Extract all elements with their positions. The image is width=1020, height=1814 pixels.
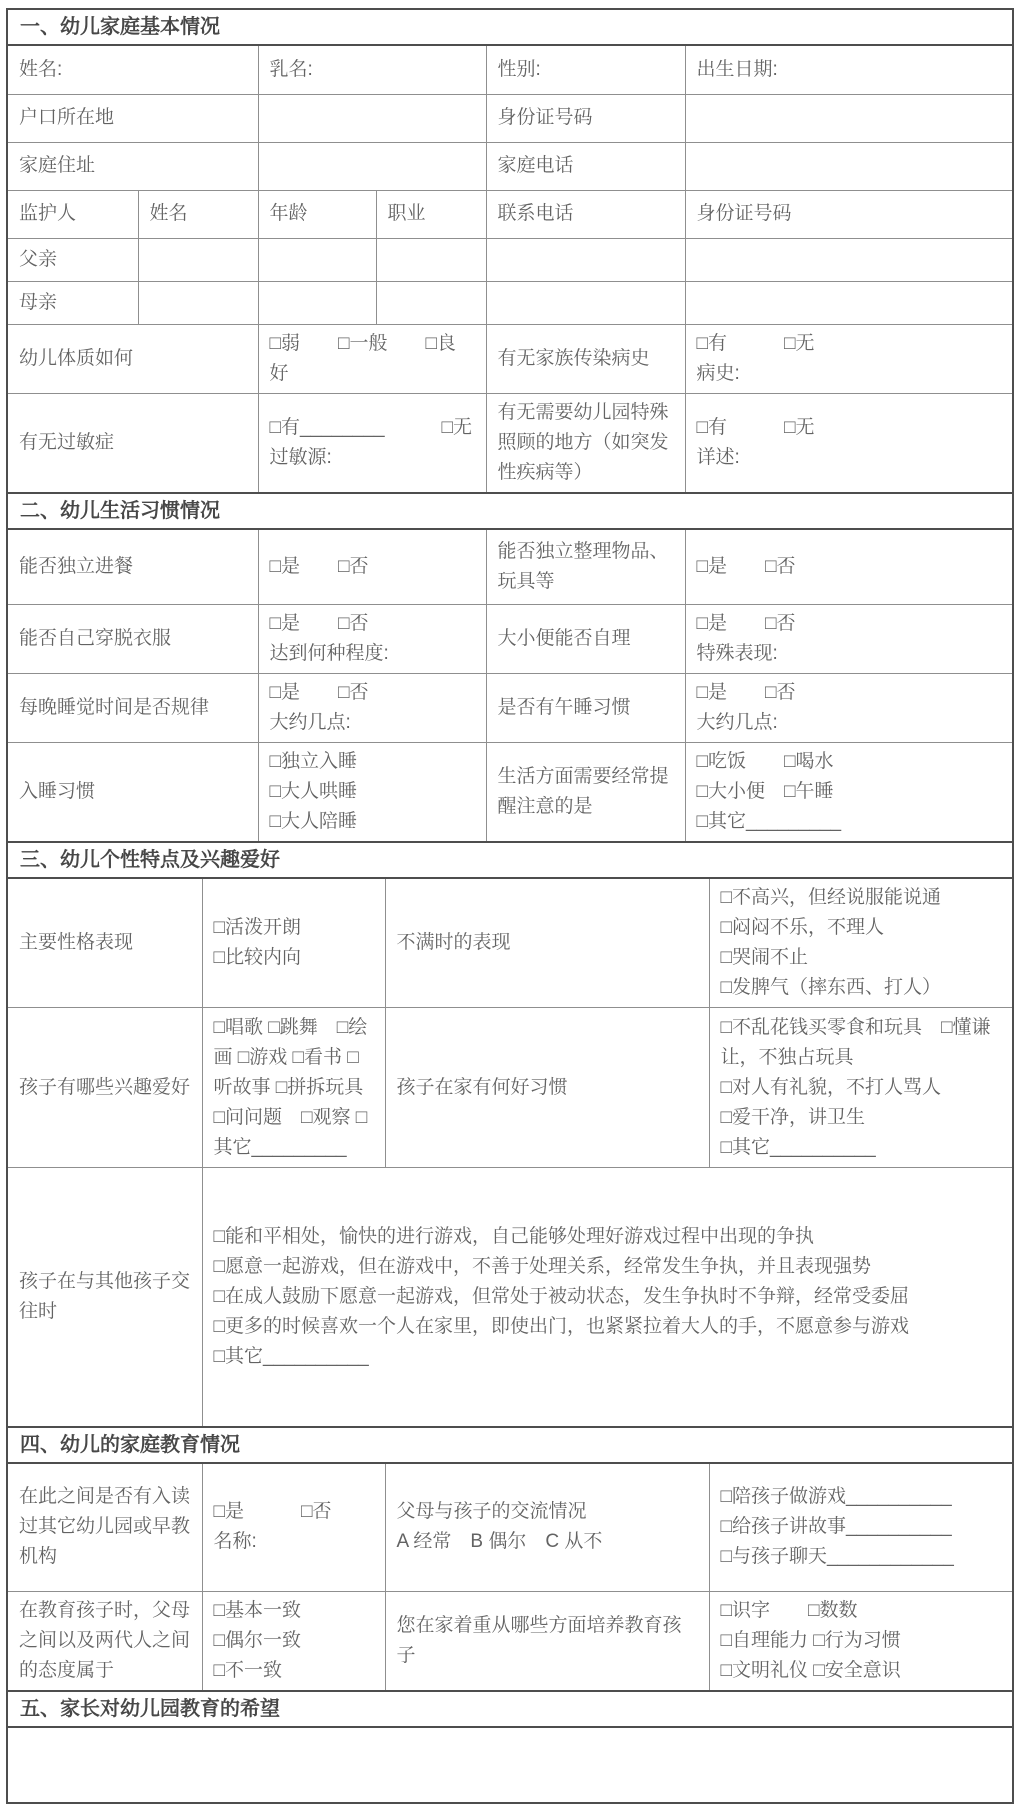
table-row: 户口所在地 身份证号码 [8,94,1012,142]
label-child-name: 姓名: [8,46,258,94]
label-nap-habit: 是否有午睡习惯 [486,674,685,743]
row-label-father: 父亲 [8,238,138,281]
col-header-id-number: 身份证号码 [685,190,1012,238]
label-child-id-number: 身份证号码 [486,94,685,142]
fill-father-id[interactable] [685,238,1012,281]
section-4-header: 四、幼儿的家庭教育情况 [8,1426,1012,1464]
table-row: 有无过敏症 □有________ □无 过敏源: 有无需要幼儿园特殊照顾的地方（… [8,393,1012,492]
options-regular-bedtime[interactable]: □是 □否 大约几点: [258,674,486,743]
fill-mother-name[interactable] [138,281,258,324]
label-child-nickname: 乳名: [258,46,486,94]
options-social-interaction[interactable]: □能和平相处，愉快的进行游戏，自己能够处理好游戏过程中出现的争执 □愿意一起游戏… [202,1168,1012,1426]
label-interests: 孩子有哪些兴趣爱好 [8,1008,202,1168]
label-gender: 性别: [486,46,685,94]
label-toilet-self: 大小便能否自理 [486,605,685,674]
table-row: 在此之间是否有入读过其它幼儿园或早教机构 □是 □否 名称: 父母与孩子的交流情… [8,1464,1012,1592]
options-personality[interactable]: □活泼开朗 □比较内向 [202,879,385,1008]
fill-father-name[interactable] [138,238,258,281]
label-special-care-needs: 有无需要幼儿园特殊照顾的地方（如突发性疾病等） [486,393,685,492]
fill-home-address[interactable] [258,142,486,190]
options-family-infectious-history[interactable]: □有 □无 病史: [685,324,1012,393]
label-home-phone: 家庭电话 [486,142,685,190]
options-previous-kindergarten[interactable]: □是 □否 名称: [202,1464,385,1592]
options-special-care-needs[interactable]: □有 □无 详述: [685,393,1012,492]
label-dress-self: 能否自己穿脱衣服 [8,605,258,674]
col-header-occupation: 职业 [376,190,486,238]
table-row: 每晚睡觉时间是否规律 □是 □否 大约几点: 是否有午睡习惯 □是 □否 大约几… [8,674,1012,743]
label-family-infectious-history: 有无家族传染病史 [486,324,685,393]
table-row: 家庭住址 家庭电话 [8,142,1012,190]
label-household-registration: 户口所在地 [8,94,258,142]
table-row: 能否自己穿脱衣服 □是 □否 达到何种程度: 大小便能否自理 □是 □否 特殊表… [8,605,1012,674]
table-row: 能否独立进餐 □是 □否 能否独立整理物品、玩具等 □是 □否 [8,530,1012,605]
section-5-header: 五、家长对幼儿园教育的希望 [8,1690,1012,1728]
fill-home-phone[interactable] [685,142,1012,190]
fill-mother-occupation[interactable] [376,281,486,324]
section-1-table: 姓名: 乳名: 性别: 出生日期: 户口所在地 身份证号码 家庭住址 家庭电话 … [8,46,1012,492]
section-4-table: 在此之间是否有入读过其它幼儿园或早教机构 □是 □否 名称: 父母与孩子的交流情… [8,1464,1012,1691]
table-row: 幼儿体质如何 □弱 □一般 □良好 有无家族传染病史 □有 □无 病史: [8,324,1012,393]
table-row: 母亲 [8,281,1012,324]
options-education-attitude-consistency[interactable]: □基本一致 □偶尔一致 □不一致 [202,1592,385,1691]
label-good-habits: 孩子在家有何好习惯 [385,1008,709,1168]
fill-father-age[interactable] [258,238,376,281]
options-tidy-up-independently[interactable]: □是 □否 [685,530,1012,605]
options-parent-child-communication[interactable]: □陪孩子做游戏__________ □给孩子讲故事__________ □与孩子… [709,1464,1012,1592]
table-row: 孩子有哪些兴趣爱好 □唱歌 □跳舞 □绘画 □游戏 □看书 □听故事 □拼拆玩具… [8,1008,1012,1168]
row-label-mother: 母亲 [8,281,138,324]
fill-mother-phone[interactable] [486,281,685,324]
label-regular-bedtime: 每晚睡觉时间是否规律 [8,674,258,743]
fill-mother-age[interactable] [258,281,376,324]
table-row: 入睡习惯 □独立入睡 □大人哄睡 □大人陪睡 生活方面需要经常提醒注意的是 □吃… [8,743,1012,842]
section-2-header: 二、幼儿生活习惯情况 [8,492,1012,530]
options-toilet-self[interactable]: □是 □否 特殊表现: [685,605,1012,674]
parent-hopes-response-area[interactable] [8,1728,1012,1802]
label-home-address: 家庭住址 [8,142,258,190]
options-education-focus[interactable]: □识字 □数数 □自理能力 □行为习惯 □文明礼仪 □安全意识 [709,1592,1012,1691]
label-education-attitude-consistency: 在教育孩子时，父母之间以及两代人之间的态度属于 [8,1592,202,1691]
col-header-age: 年龄 [258,190,376,238]
label-tidy-up-independently: 能否独立整理物品、玩具等 [486,530,685,605]
section-3-table: 主要性格表现 □活泼开朗 □比较内向 不满时的表现 □不高兴，但经说服能说通 □… [8,879,1012,1426]
col-header-contact-phone: 联系电话 [486,190,685,238]
options-frequent-reminders[interactable]: □吃饭 □喝水 □大小便 □午睡 □其它_________ [685,743,1012,842]
table-row: 父亲 [8,238,1012,281]
family-survey-form: 一、幼儿家庭基本情况 姓名: 乳名: 性别: 出生日期: 户口所在地 身份证号码… [6,8,1014,1804]
options-interests[interactable]: □唱歌 □跳舞 □绘画 □游戏 □看书 □听故事 □拼拆玩具 □问问题 □观察 … [202,1008,385,1168]
options-sleep-habit[interactable]: □独立入睡 □大人哄睡 □大人陪睡 [258,743,486,842]
table-row: 孩子在与其他孩子交往时 □能和平相处，愉快的进行游戏，自己能够处理好游戏过程中出… [8,1168,1012,1426]
table-row: 监护人 姓名 年龄 职业 联系电话 身份证号码 [8,190,1012,238]
fill-household-registration[interactable] [258,94,486,142]
label-child-constitution: 幼儿体质如何 [8,324,258,393]
label-birth-date: 出生日期: [685,46,1012,94]
fill-mother-id[interactable] [685,281,1012,324]
label-eat-independently: 能否独立进餐 [8,530,258,605]
label-previous-kindergarten: 在此之间是否有入读过其它幼儿园或早教机构 [8,1464,202,1592]
label-education-focus: 您在家着重从哪些方面培养教育孩子 [385,1592,709,1691]
label-allergy: 有无过敏症 [8,393,258,492]
col-header-name: 姓名 [138,190,258,238]
label-social-interaction: 孩子在与其他孩子交往时 [8,1168,202,1426]
label-personality: 主要性格表现 [8,879,202,1008]
fill-father-phone[interactable] [486,238,685,281]
table-row: 在教育孩子时，父母之间以及两代人之间的态度属于 □基本一致 □偶尔一致 □不一致… [8,1592,1012,1691]
options-child-constitution[interactable]: □弱 □一般 □良好 [258,324,486,393]
fill-father-occupation[interactable] [376,238,486,281]
label-parent-child-communication: 父母与孩子的交流情况 A 经常 B 偶尔 C 从不 [385,1464,709,1592]
options-nap-habit[interactable]: □是 □否 大约几点: [685,674,1012,743]
section-3-header: 三、幼儿个性特点及兴趣爱好 [8,841,1012,879]
label-sleep-habit: 入睡习惯 [8,743,258,842]
options-eat-independently[interactable]: □是 □否 [258,530,486,605]
section-2-table: 能否独立进餐 □是 □否 能否独立整理物品、玩具等 □是 □否 能否自己穿脱衣服… [8,530,1012,842]
options-dress-self[interactable]: □是 □否 达到何种程度: [258,605,486,674]
fill-child-id-number[interactable] [685,94,1012,142]
options-upset-behavior[interactable]: □不高兴，但经说服能说通 □闷闷不乐，不理人 □哭闹不止 □发脾气（摔东西、打人… [709,879,1012,1008]
options-allergy[interactable]: □有________ □无 过敏源: [258,393,486,492]
table-row: 主要性格表现 □活泼开朗 □比较内向 不满时的表现 □不高兴，但经说服能说通 □… [8,879,1012,1008]
table-row: 姓名: 乳名: 性别: 出生日期: [8,46,1012,94]
options-good-habits[interactable]: □不乱花钱买零食和玩具 □懂谦让，不独占玩具 □对人有礼貌，不打人骂人 □爱干净… [709,1008,1012,1168]
col-header-guardian: 监护人 [8,190,138,238]
label-upset-behavior: 不满时的表现 [385,879,709,1008]
label-frequent-reminders: 生活方面需要经常提醒注意的是 [486,743,685,842]
section-1-header: 一、幼儿家庭基本情况 [8,10,1012,46]
